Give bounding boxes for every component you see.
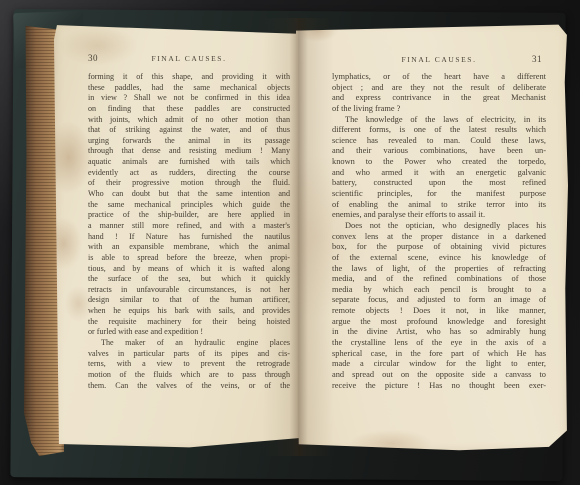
text-line: of enabling the animal to strike terror … [332,200,546,211]
text-line: the laws of light, of the properties of … [332,264,546,275]
paragraph: The maker of an hydraulic engine placesv… [88,338,290,391]
text-line: enemies, and paralyse their efforts to a… [332,210,546,221]
left-running-head: FINAL CAUSES. [88,54,290,63]
right-running-head: FINAL CAUSES. [332,55,546,64]
text-line: motion of the fluids which are to pass t… [88,370,290,381]
right-page-header: FINAL CAUSES. 31 [332,54,546,66]
text-line: separate focus, and adjusted to form an … [332,295,546,306]
text-line: design similar to that of the human arti… [88,295,290,306]
text-line: media, and of the refined combinations o… [332,274,546,285]
text-line: the surface of the sea, but which it qui… [88,274,290,285]
text-line: object ; and are they not the result of … [332,83,546,94]
text-line: hand ! If Nature has furnished the nauti… [88,232,290,243]
left-page: 30 FINAL CAUSES. forming it of this shap… [54,20,300,450]
text-line: the same mechanical principles which gui… [88,200,290,211]
text-line: with an expansible membrane, which the a… [88,242,290,253]
left-page-text: forming it of this shape, and providing … [88,72,290,391]
text-line: aquatic animals are furnished with tails… [88,157,290,168]
text-line: with joints, which admit of no other mot… [88,115,290,126]
text-line: or furled with ease and expedition ! [88,327,290,338]
text-line: is able to spread before the breeze, whe… [88,253,290,264]
text-line: in the divine Artist, who has so admirab… [332,327,546,338]
text-line: urging forwards the animal in its passag… [88,136,290,147]
text-line: the requisite machinery for their being … [88,317,290,328]
text-line: scientific principles, for the manifest … [332,189,546,200]
paragraph: lymphatics, or of the heart have a diffe… [332,72,546,115]
text-line: lymphatics, or of the heart have a diffe… [332,72,546,83]
text-line: of the living frame ? [332,104,546,115]
text-line: when he equips his bark with sails, and … [88,306,290,317]
right-page: FINAL CAUSES. 31 lymphatics, or of the h… [296,22,568,452]
text-line: box, for the purpose of obtaining vivid … [332,242,546,253]
text-line: them. Can the valves of the veins, or of… [88,381,290,392]
right-page-number: 31 [532,54,542,64]
text-line: in view ? Shall we not be confirmed in t… [88,93,290,104]
text-line: spherical case, in the fore part of whic… [332,349,546,360]
text-line: terns, with a view to prevent the retrog… [88,359,290,370]
text-line: convex lens at the proper distance in a … [332,232,546,243]
right-page-text: lymphatics, or of the heart have a diffe… [332,72,546,391]
text-line: of their progressive motion through the … [88,178,290,189]
text-line: valves in particular parts of its pipes … [88,349,290,360]
text-line: media by which each pencil is brought to… [332,285,546,296]
text-line: forming it of this shape, and providing … [88,72,290,83]
text-line: known to the Power who created the torpe… [332,157,546,168]
paragraph: The knowledge of the laws of electricity… [332,115,546,221]
text-line: and spread out on the opposite side a ca… [332,370,546,381]
text-line: a manner still more refined, and with a … [88,221,290,232]
text-line: retracts in unfavourable circumstances, … [88,285,290,296]
left-page-header: 30 FINAL CAUSES. [88,53,290,65]
text-line: of the external scene, evince his knowle… [332,253,546,264]
text-line: that of striking against the water, and … [88,125,290,136]
text-line: and their various combinations, have bee… [332,146,546,157]
text-line: receive the picture ! Has no thought bee… [332,381,546,392]
text-line: different forms, is one of the latest re… [332,125,546,136]
text-line: and express contrivance in the great Mec… [332,93,546,104]
text-line: Does not the optician, who designedly pl… [332,221,546,232]
text-line: The knowledge of the laws of electricity… [332,115,546,126]
text-line: and who armed it with an energetic galva… [332,168,546,179]
text-line: remote objects ! Does it not, in like ma… [332,306,546,317]
text-line: made a circular window for the light to … [332,359,546,370]
text-line: battery, constructed upon the most refin… [332,178,546,189]
text-line: argue the most profound knowledge and fo… [332,317,546,328]
text-line: practice of the ship-builder, are here a… [88,210,290,221]
text-line: through that dense and resisting medium … [88,146,290,157]
text-line: the crystalline lens of the eye in the a… [332,338,546,349]
text-line: science has revealed to man. Could these… [332,136,546,147]
photo-of-open-book: 30 FINAL CAUSES. forming it of this shap… [0,0,580,485]
text-line: tious, and by means of which it is wafte… [88,264,290,275]
text-line: evidently act as rudders, directing the … [88,168,290,179]
text-line: The maker of an hydraulic engine places [88,338,290,349]
text-line: these paddles, had the same mechanical o… [88,83,290,94]
paragraph: forming it of this shape, and providing … [88,72,290,338]
text-line: on finding that these paddles are constr… [88,104,290,115]
text-line: Who can doubt but that the same intentio… [88,189,290,200]
paragraph: Does not the optician, who designedly pl… [332,221,546,391]
